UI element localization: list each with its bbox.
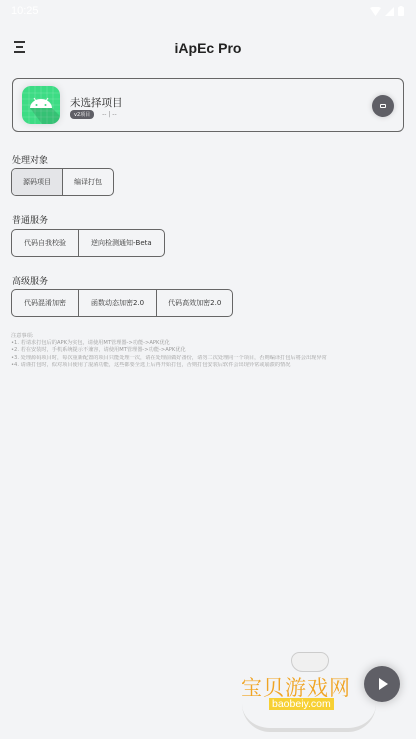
note-line: •3. 处理源码项目时，每次重新配置的项目只能处理一次，请在处理前做好备份，请勿… [11,355,411,362]
watermark-url: baobeiy.com [269,698,334,710]
note-line: •4. 请谨打包时，似对项目使用了混淆功能，这些都要全选上后再开始打包，否则打包… [11,362,411,369]
project-card[interactable]: 未选择项目 v2项目 -- | -- [12,78,404,132]
project-name: 未选择项目 [70,95,123,110]
wifi-icon [370,7,381,16]
status-icons [370,6,404,16]
section-normal-label: 普通服务 [12,213,48,226]
option-self-check[interactable]: 代码自我校验 [12,230,78,256]
normal-services-group: 代码自我校验 逆向检测通知-Beta [11,229,165,257]
android-icon [22,86,60,124]
play-icon [379,678,388,690]
start-fab[interactable] [364,666,400,702]
section-advanced-label: 高级服务 [12,274,48,287]
option-compile-package[interactable]: 编译打包 [62,169,113,195]
refresh-icon [380,104,386,108]
option-efficient-encrypt[interactable]: 代码高效加密2.0 [156,290,232,316]
app-bar: iApEc Pro [0,22,416,74]
option-obfuscation[interactable]: 代码混淆加密 [12,290,78,316]
project-meta: v2项目 -- | -- [70,110,117,119]
option-dynamic-encrypt[interactable]: 函数动态加密2.0 [78,290,156,316]
signal-icon [385,7,394,16]
refresh-button[interactable] [372,95,394,117]
status-time: 10:25 [11,5,39,17]
app-title: iApEc Pro [175,40,242,56]
advanced-services-group: 代码混淆加密 函数动态加密2.0 代码高效加密2.0 [11,289,233,317]
gamepad-icon [291,652,329,672]
note-line: •2. 若在安装时，手机系统提示不兼容，请使用MT管理器->功能->APK优化 [11,347,411,354]
notes: 注意事项: •1. 若请求打包后的APK为实包，请使用MT管理器->功能->AP… [11,333,411,369]
project-version-badge: v2项目 [70,110,94,119]
watermark: 宝贝游戏网 baobeiy.com [236,652,386,732]
section-target-label: 处理对象 [12,153,48,166]
option-reverse-detect[interactable]: 逆向检测通知-Beta [78,230,164,256]
target-segmented-control: 源码项目 编译打包 [11,168,114,196]
battery-icon [398,6,404,16]
menu-icon[interactable] [14,41,27,53]
option-source-project[interactable]: 源码项目 [12,169,62,195]
status-bar: 10:25 [0,0,416,22]
project-meta-text: -- | -- [102,111,117,118]
